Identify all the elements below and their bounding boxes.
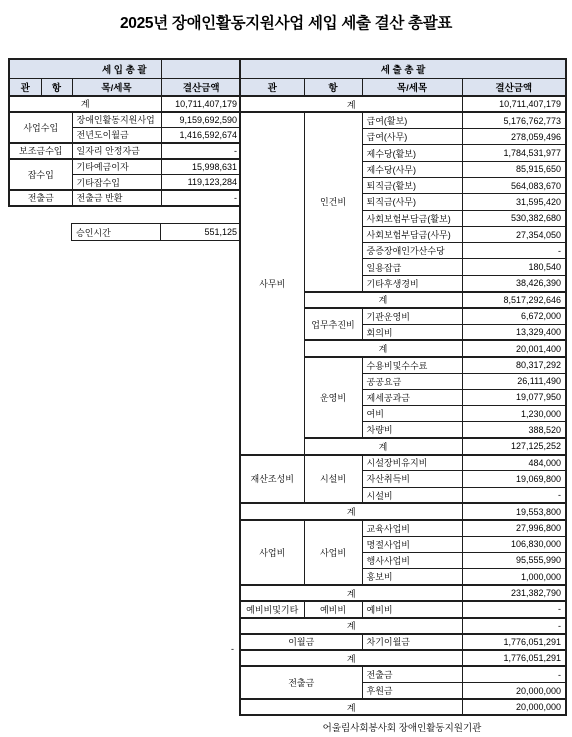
hang-cell: 사업비 [304,520,362,585]
table-row: 전출금 전출금 반환 - [9,190,242,206]
mok-cell: 급여(활보) [362,112,462,128]
income-header-spacer [161,59,242,78]
amount-cell: 1,416,592,674 [161,127,242,143]
mok-cell: 여비 [362,406,462,422]
table-row: 재산조성비 시설비 시설장비유지비 484,000 [240,455,566,471]
amount-cell: - [462,487,566,503]
subtotal-label: 계 [240,699,462,715]
mok-cell: 퇴직금(활보) [362,177,462,193]
subtotal-amount: 8,517,292,646 [462,292,566,308]
subtotal-label: 계 [304,292,462,308]
table-row: 사무비 인건비 급여(활보) 5,176,762,773 [240,112,566,128]
table-row: 예비비및기타 예비비 예비비 - [240,601,566,617]
mok-cell: 제수당(사무) [362,161,462,177]
amount-cell: 6,672,000 [462,308,566,324]
income-column-header-row: 관 항 목/세목 결산금액 [9,78,242,96]
expense-header-amount: 결산금액 [462,78,566,96]
amount-cell: 13,329,400 [462,324,566,340]
gwan-cell: 이월금 [240,634,362,650]
expense-section-header-row: 세 출 총 괄 [240,59,566,78]
expense-header-hang: 항 [304,78,362,96]
subtotal-amount: 20,000,000 [462,699,566,715]
subtotal-label: 계 [240,585,462,601]
footer-org-name: 어울림사회봉사회 장애인활동지원기관 [239,720,565,734]
amount-cell: 20,000,000 [462,683,566,699]
amount-cell: - [462,243,566,259]
amount-cell: 27,354,050 [462,226,566,242]
mok-cell: 수용비및수수료 [362,357,462,373]
approved-time-amount: 551,125 [161,224,242,241]
gwan-cell: 잡수입 [9,159,72,190]
amount-cell: 106,830,000 [462,536,566,552]
subtotal-amount: 127,125,252 [462,438,566,454]
amount-cell: 27,996,800 [462,520,566,536]
amount-cell: 19,077,950 [462,389,566,405]
table-row: 사업비 사업비 교육사업비 27,996,800 [240,520,566,536]
expense-table: 세 출 총 괄 관 항 목/세목 결산금액 계 10,711,407,179 사… [239,58,567,716]
amount-cell: - [161,190,242,206]
mok-cell: 사회보험부담금(사무) [362,226,462,242]
amount-cell: 31,595,420 [462,194,566,210]
mok-cell: 전출금 반환 [72,190,161,206]
income-header-hang: 항 [41,78,72,96]
amount-cell: 26,111,490 [462,373,566,389]
mok-cell: 전출금 [362,666,462,682]
subtotal-label: 계 [304,340,462,356]
amount-cell: 1,230,000 [462,406,566,422]
approved-time-row: 승인시간 551,125 [72,224,242,241]
subtotal-amount: - [462,618,566,634]
subtotal-amount: 1,776,051,291 [462,650,566,666]
amount-cell: 38,426,390 [462,275,566,291]
hang-cell: 업무추진비 [304,308,362,341]
gwan-cell: 예비비및기타 [240,601,304,617]
subtotal-row: 계 1,776,051,291 [240,650,566,666]
income-total-amount: 10,711,407,179 [161,96,242,112]
amount-cell: 119,123,284 [161,174,242,190]
subtotal-amount: 20,001,400 [462,340,566,356]
mok-cell: 기타후생경비 [362,275,462,291]
gwan-cell: 전출금 [240,666,362,699]
amount-cell: - [462,601,566,617]
mok-cell: 제수당(활보) [362,145,462,161]
subtotal-amount: 19,553,800 [462,503,566,519]
table-row: 보조금수입 일자리 안정자금 - [9,143,242,159]
income-header-gwan: 관 [9,78,41,96]
income-total-row: 계 10,711,407,179 [9,96,242,112]
table-row: 이월금 차기이월금 1,776,051,291 [240,634,566,650]
mok-cell: 차량비 [362,422,462,438]
table-row: 전출금 전출금 - [240,666,566,682]
amount-cell: 80,317,292 [462,357,566,373]
amount-cell: 388,520 [462,422,566,438]
expense-header-gwan: 관 [240,78,304,96]
amount-cell: 15,998,631 [161,159,242,175]
gwan-cell: 사업비 [240,520,304,585]
amount-cell: 1,000,000 [462,569,566,585]
income-section-title: 세 입 총 괄 [9,59,161,78]
amount-cell: 1,784,531,977 [462,145,566,161]
subtotal-row: 계 - [240,618,566,634]
amount-cell: - [462,666,566,682]
mok-cell: 회의비 [362,324,462,340]
mok-cell: 교육사업비 [362,520,462,536]
page-title: 2025년 장애인활동지원사업 세입 세출 결산 총괄표 [0,11,572,33]
hang-cell: 시설비 [304,455,362,504]
mok-cell: 기타예금이자 [72,159,161,175]
subtotal-row: 계 231,382,790 [240,585,566,601]
mok-cell: 시설비 [362,487,462,503]
table-row: 사업수입 장애인활동지원사업 9,159,692,590 [9,112,242,128]
hang-cell: 예비비 [304,601,362,617]
amount-cell: 484,000 [462,455,566,471]
mok-cell: 중증장애인가산수당 [362,243,462,259]
subtotal-label: 계 [240,503,462,519]
gwan-cell: 보조금수입 [9,143,72,159]
approved-time-label: 승인시간 [72,224,161,241]
amount-cell: 9,159,692,590 [161,112,242,128]
expense-column-header-row: 관 항 목/세목 결산금액 [240,78,566,96]
mok-cell: 차기이월금 [362,634,462,650]
mok-cell: 홍보비 [362,569,462,585]
amount-cell: 180,540 [462,259,566,275]
income-table: 세 입 총 괄 관 항 목/세목 결산금액 계 10,711,407,179 사… [8,58,243,207]
subtotal-row: 계 19,553,800 [240,503,566,519]
amount-cell: 530,382,680 [462,210,566,226]
expense-section-title: 세 출 총 괄 [240,59,566,78]
mok-cell: 예비비 [362,601,462,617]
stray-dash-value: - [160,644,234,654]
income-total-label: 계 [9,96,161,112]
mok-cell: 행사사업비 [362,552,462,568]
subtotal-label: 계 [240,650,462,666]
mok-cell: 일용잡급 [362,259,462,275]
mok-cell: 자산취득비 [362,471,462,487]
mok-cell: 공공요금 [362,373,462,389]
mok-cell: 급여(사무) [362,129,462,145]
mok-cell: 후원금 [362,683,462,699]
subtotal-label: 계 [240,618,462,634]
gwan-cell: 전출금 [9,190,72,206]
mok-cell: 일자리 안정자금 [72,143,161,159]
amount-cell: 19,069,800 [462,471,566,487]
mok-cell: 퇴직금(사무) [362,194,462,210]
subtotal-row: 계 20,000,000 [240,699,566,715]
expense-total-amount: 10,711,407,179 [462,96,566,112]
income-header-mok: 목/세목 [72,78,161,96]
mok-cell: 시설장비유지비 [362,455,462,471]
amount-cell: 85,915,650 [462,161,566,177]
approved-time-table: 승인시간 551,125 [71,223,242,241]
expense-total-label: 계 [240,96,462,112]
subtotal-amount: 231,382,790 [462,585,566,601]
gwan-cell: 사업수입 [9,112,72,143]
mok-cell: 사회보험부담금(활보) [362,210,462,226]
amount-cell: 1,776,051,291 [462,634,566,650]
amount-cell: 564,083,670 [462,177,566,193]
income-section-header-row: 세 입 총 괄 [9,59,242,78]
hang-cell: 운영비 [304,357,362,438]
subtotal-label: 계 [304,438,462,454]
table-row: 잡수입 기타예금이자 15,998,631 [9,159,242,175]
gwan-cell: 재산조성비 [240,455,304,504]
amount-cell: 278,059,496 [462,129,566,145]
mok-cell: 기관운영비 [362,308,462,324]
mok-cell: 기타잡수입 [72,174,161,190]
gwan-cell: 사무비 [240,112,304,454]
income-header-amount: 결산금액 [161,78,242,96]
amount-cell: 95,555,990 [462,552,566,568]
expense-header-mok: 목/세목 [362,78,462,96]
hang-cell: 인건비 [304,112,362,291]
mok-cell: 명절사업비 [362,536,462,552]
amount-cell: - [161,143,242,159]
mok-cell: 장애인활동지원사업 [72,112,161,128]
amount-cell: 5,176,762,773 [462,112,566,128]
mok-cell: 전년도이월금 [72,127,161,143]
mok-cell: 제세공과금 [362,389,462,405]
expense-total-row: 계 10,711,407,179 [240,96,566,112]
